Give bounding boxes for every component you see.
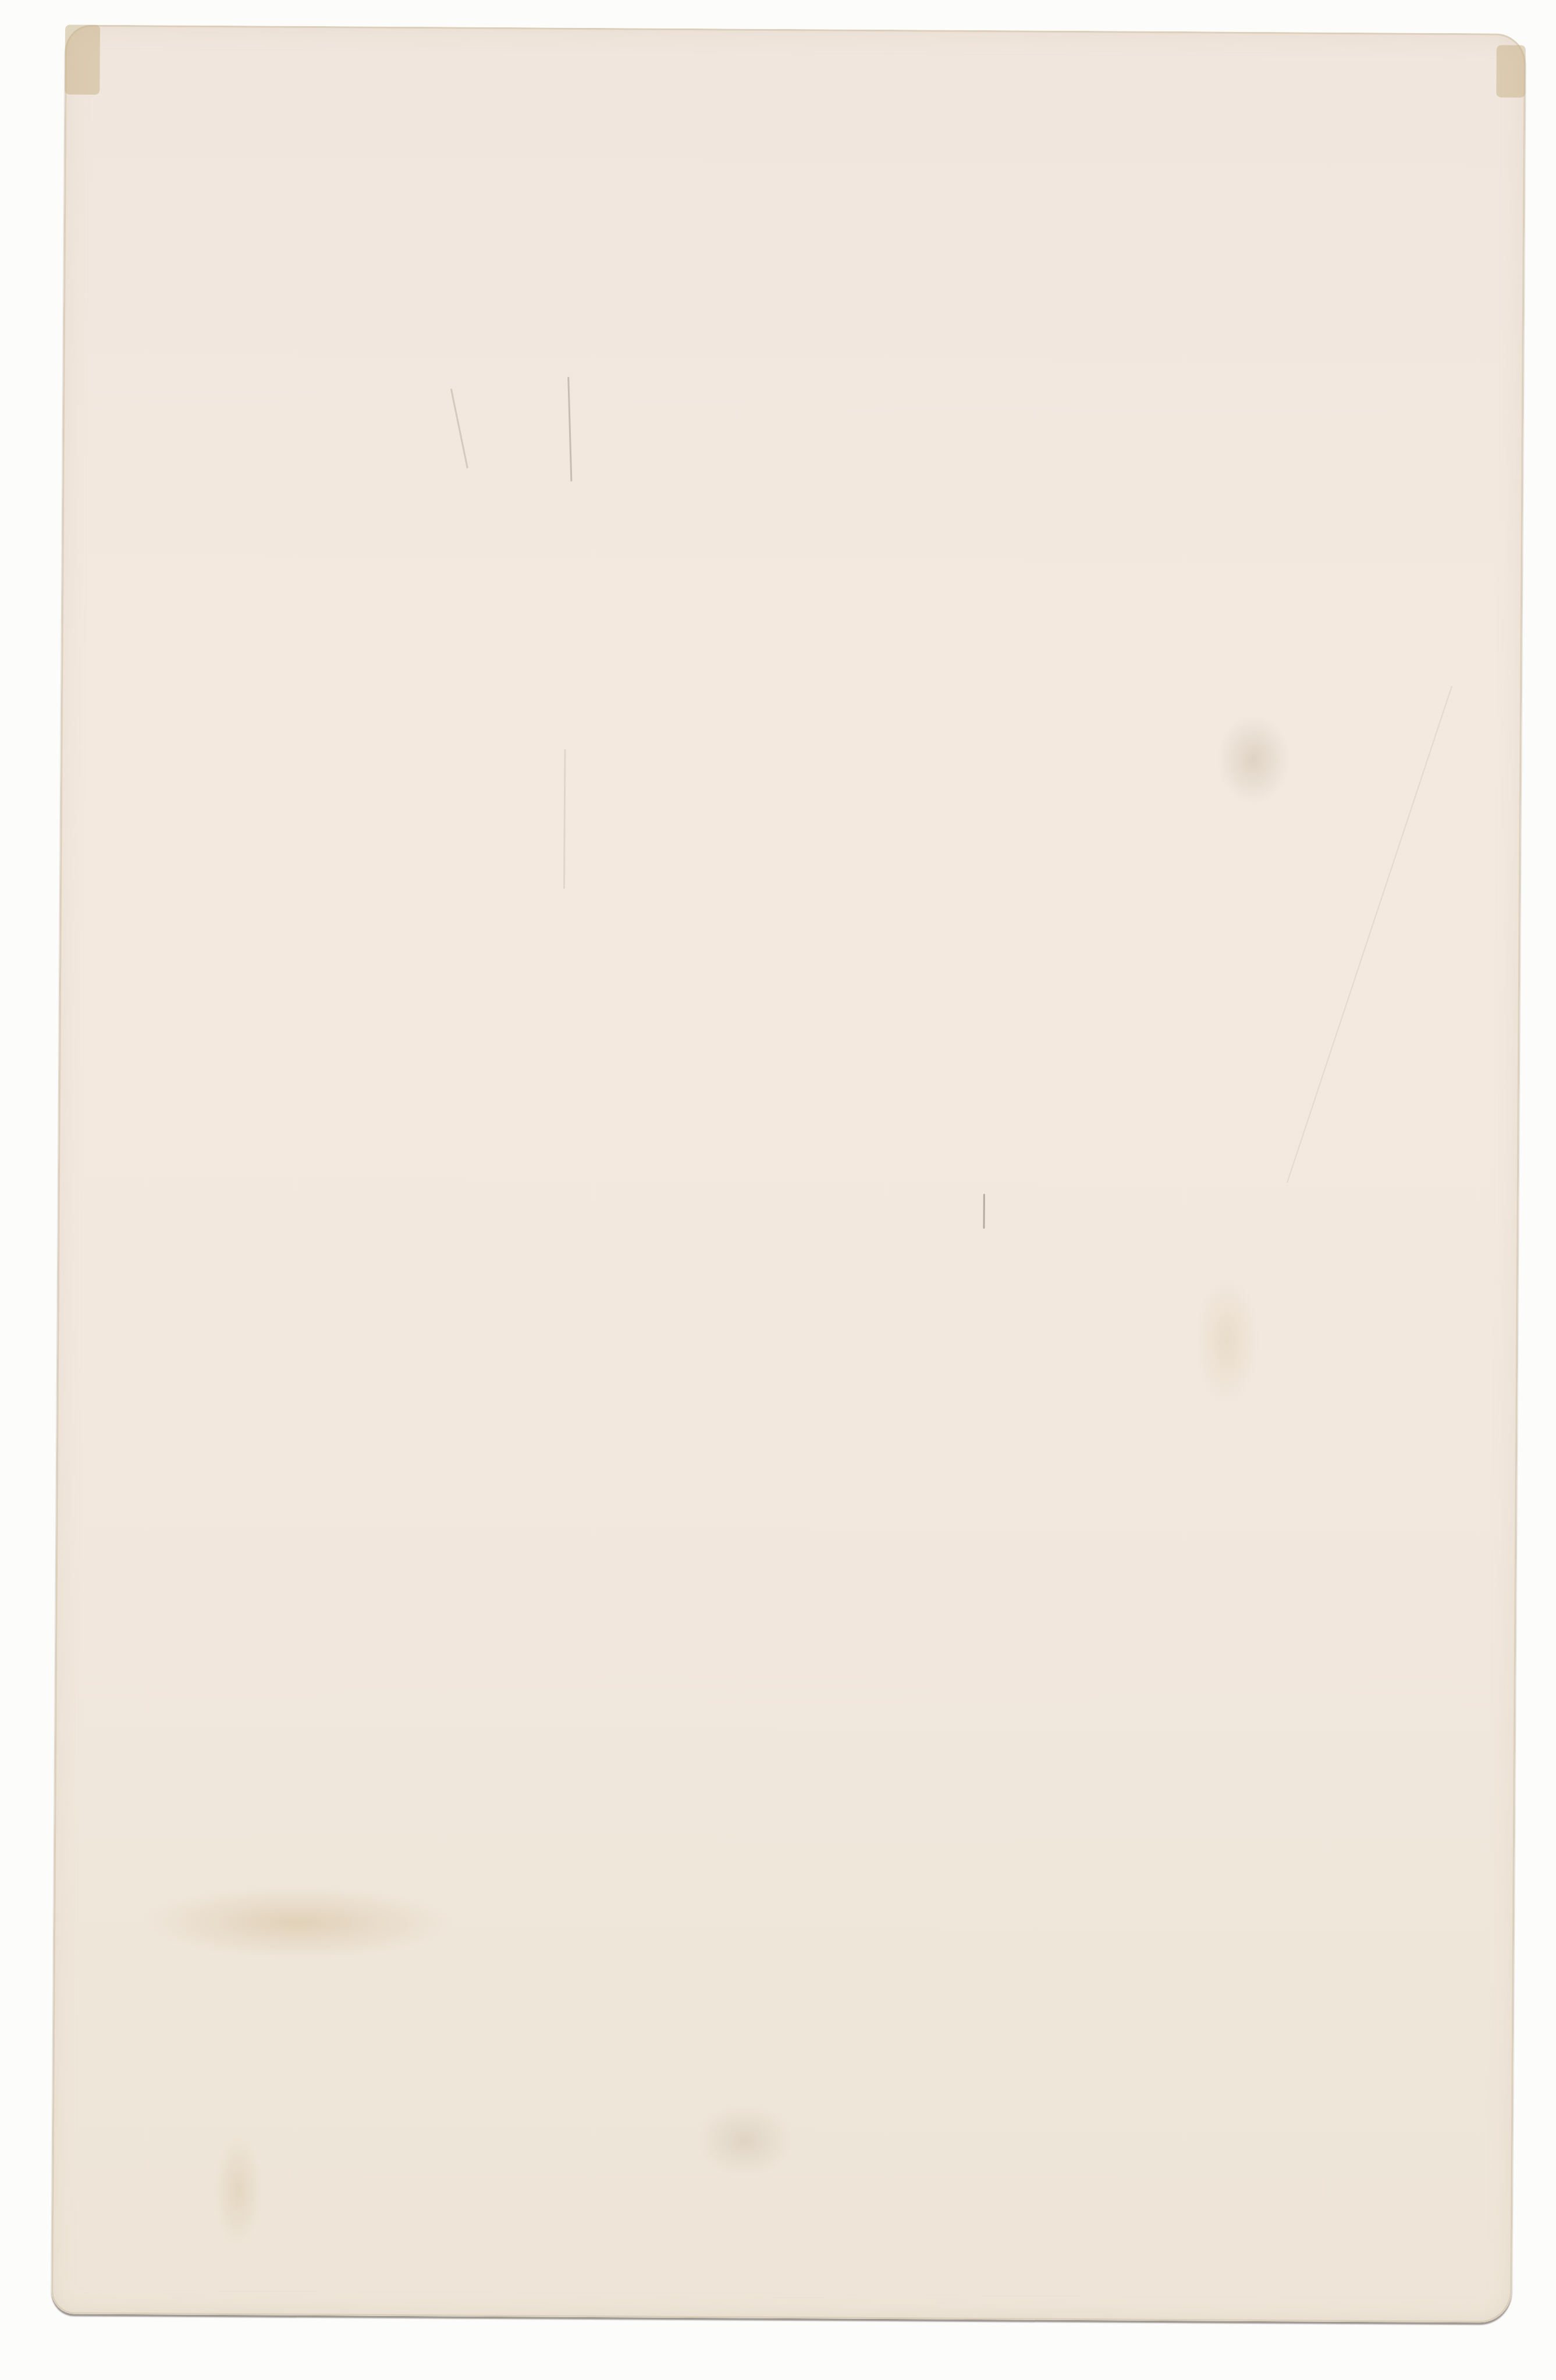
pencil-mark xyxy=(567,377,572,482)
scuff-mark xyxy=(983,1194,985,1229)
corner-wear xyxy=(65,24,100,94)
pencil-mark xyxy=(450,389,468,469)
pencil-mark xyxy=(563,749,566,889)
scratch-line xyxy=(1287,686,1452,1183)
cabinet-card-back xyxy=(51,24,1526,2322)
corner-wear xyxy=(1496,45,1526,97)
scan-background xyxy=(0,0,1556,2380)
